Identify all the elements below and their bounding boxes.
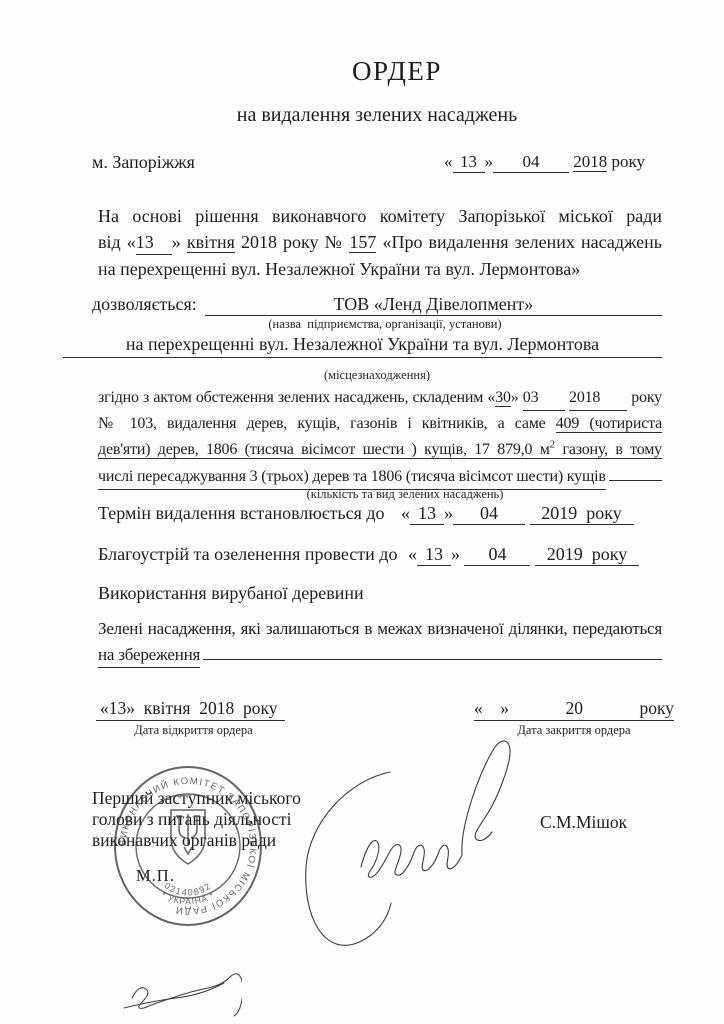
removal-term-line: Термін видалення встановлюється до «13»0… [98,503,634,525]
act-day: 30 [495,389,511,407]
square-meter-sup: 2 [550,439,555,451]
keep-fill-line [203,643,662,660]
open-date-value: «13» квітня 2018 року [96,698,285,721]
document-page: ОРДЕР на видалення зелених насаджень м. … [0,0,724,1024]
quote-open: « [127,232,136,252]
keep-line-2: на збереження [98,643,662,668]
page-subtitle: на видалення зелених насаджень [92,104,662,127]
wood-usage-line: Використання вирубаної деревини [98,583,364,604]
permission-label: дозволяється: [92,294,197,315]
company-caption: (назва підприємства, організації, устано… [150,317,620,332]
act-tree-count: 409 (чотириста [556,415,662,433]
page-title: ОРДЕР [92,56,702,87]
keep-line-1: Зелені насадження, які залишаються в меж… [98,617,662,641]
removal-label: Термін видалення встановлюється до [98,503,385,523]
keep-l2-text: на збереження [98,643,200,668]
act-line-3: дев'яти) дерев, 1806 (тисяча вісімсот ше… [98,438,662,462]
intro-l2-month: квітня [187,232,235,253]
landscaping-year: 2019 року [535,544,639,566]
quote-open: « [487,389,495,406]
open-date-block: «13» квітня 2018 року Дата відкриття орд… [96,698,291,738]
intro-l2-b: 2018 року № [241,232,343,252]
act-month: 03 [523,386,565,411]
act-l2-a: № 103, видалення дерев, кущів, газонів і… [98,415,546,432]
decision-number: 157 [349,232,376,253]
quote-close: » [511,389,519,406]
location-line: на перехрещенні вул. Незалежної України … [63,334,662,358]
intro-line-1: На основі рішення виконавчого комітету З… [98,204,662,228]
act-line-1: згідно з актом обстеження зелених насадж… [98,386,662,411]
act-l4-fill-line [609,464,662,481]
landscaping-month: 04 [464,544,530,566]
city-label: м. Запоріжжя [92,152,195,173]
landscaping-term-line: Благоустрій та озеленення провести до «1… [98,544,639,566]
removal-year: 2019 року [530,503,634,525]
intro-l2-day: 13 [136,230,172,255]
quote-close: » [485,152,494,171]
quote-open: « [401,503,410,523]
close-date-year-prefix: 20 [565,698,583,719]
act-l1-a: згідно з актом обстеження зелених насадж… [98,389,483,406]
quote-open: « [408,544,417,564]
quote-close: » [444,503,453,523]
location-caption: (місцезнаходження) [92,368,662,383]
act-year-word: року [631,389,662,406]
issue-day: 13 [453,152,485,173]
act-line-2: № 103, видалення дерев, кущів, газонів і… [98,412,662,436]
act-year: 2018 [569,386,627,411]
act-l3-b: газону, в тому [562,441,662,458]
act-l3-a: дев'яти) дерев, 1806 (тисяча вісімсот ше… [98,441,550,458]
open-date-caption: Дата відкриття ордера [96,723,291,738]
intro-l2-c: «Про видалення зелених насаджень [382,232,662,252]
permission-row: дозволяється: ТОВ «Ленд Дівелопмент» [92,294,662,316]
removal-day: 13 [410,503,444,525]
signer-name: С.М.Мішок [540,812,627,833]
handwritten-signature [295,715,535,975]
issue-year: 2018 [573,152,607,172]
intro-line-2: від «13» квітня 2018 року № 157 «Про вид… [98,230,662,255]
removal-month: 04 [453,503,525,525]
intro-l2-a: від [98,232,121,252]
issue-date: «13»04 2018 року [444,152,645,173]
quote-close: » [172,232,181,252]
landscaping-label: Благоустрій та озеленення провести до [98,544,397,564]
stamp-place-label: М.П. [136,866,175,886]
issue-year-word: року [612,152,646,171]
issue-month: 04 [493,152,569,173]
bottom-scribble-signature [122,968,242,1024]
company-name: ТОВ «Ленд Дівелопмент» [205,294,662,316]
act-l3-underlined: дев'яти) дерев, 1806 (тисяча вісімсот ше… [98,441,662,459]
close-date-word: року [639,698,674,719]
act-caption: (кількість та вид зелених насаджень) [150,487,660,502]
intro-line-3: на перехрещенні вул. Незалежної України … [98,257,662,281]
quote-open: « [444,152,453,171]
landscaping-day: 13 [417,544,451,566]
quote-close: » [451,544,460,564]
